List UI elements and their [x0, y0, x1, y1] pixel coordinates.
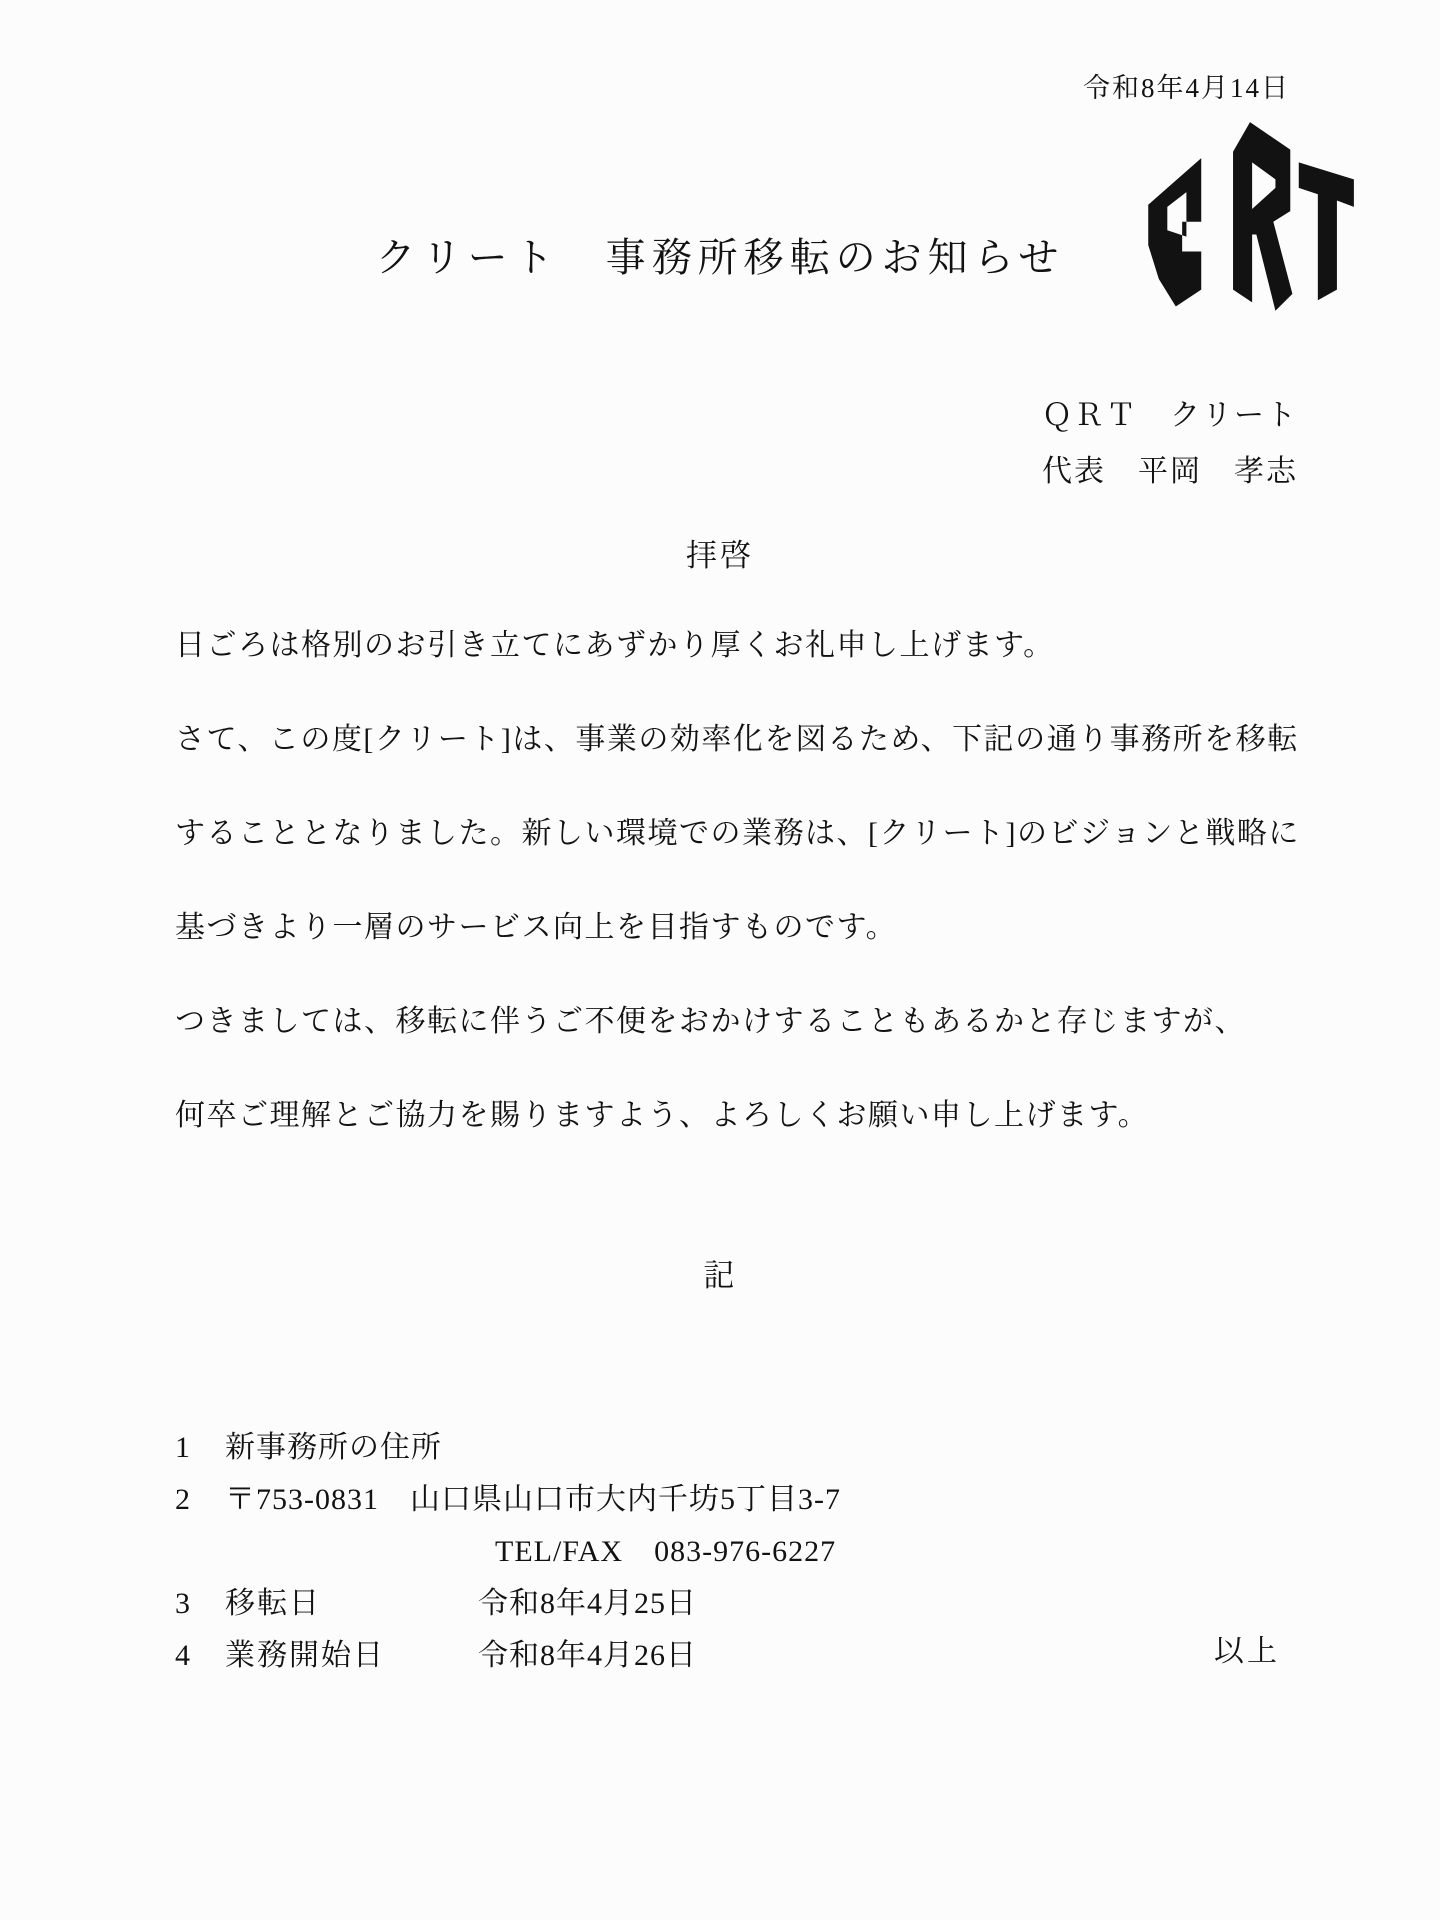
detail-label: 新事務所の住所 [225, 1432, 442, 1463]
body-paragraph: 基づきより一層のサービス向上を目指すものです。 [175, 912, 1320, 944]
page-title: クリート 事務所移転のお知らせ [0, 226, 1440, 283]
body-paragraph: 何卒ご理解とご協力を賜りますよう、よろしくお願い申し上げます。 [175, 1100, 1320, 1132]
detail-number: 3 [175, 1588, 225, 1619]
salutation: 拝啓 [0, 530, 1440, 575]
sender-representative: 代表 平岡 孝志 [1042, 444, 1298, 500]
detail-row-address: 2 〒753-0831 山口県山口市大内千坊5丁目3-7 [175, 1484, 1320, 1515]
relocation-notice-document: 令和8年4月14日 クリート 事務所移転のお知らせ ＱＲＴ クリート 代表 平岡… [0, 0, 1440, 1920]
sender-block: ＱＲＴ クリート 代表 平岡 孝志 [1042, 388, 1298, 500]
detail-number: 1 [175, 1432, 225, 1463]
details-heading: 記 [0, 1250, 1440, 1295]
detail-row-new-address-title: 1 新事務所の住所 [175, 1432, 1320, 1463]
detail-value: 令和8年4月26日 [478, 1640, 697, 1671]
detail-number: 2 [175, 1484, 225, 1515]
sender-company: ＱＲＴ クリート [1042, 388, 1298, 444]
detail-label: 移転日 [225, 1588, 478, 1619]
body-paragraph: さて、この度[クリート]は、事業の効率化を図るため、下記の通り事務所を移転 [175, 724, 1320, 756]
body-paragraph: 日ごろは格別のお引き立てにあずかり厚くお礼申し上げます。 [175, 630, 1320, 662]
letter-body: 日ごろは格別のお引き立てにあずかり厚くお礼申し上げます。 さて、この度[クリート… [175, 630, 1320, 1194]
date-line: 令和8年4月14日 [1083, 66, 1290, 105]
detail-value: 令和8年4月25日 [478, 1588, 697, 1619]
detail-row-business-start-date: 4 業務開始日 令和8年4月26日 [175, 1640, 1320, 1671]
closing-word: 以上 [1214, 1626, 1280, 1670]
telfax-line: TEL/FAX 083-976-6227 [175, 1536, 1320, 1567]
details-list: 1 新事務所の住所 2 〒753-0831 山口県山口市大内千坊5丁目3-7 T… [175, 1432, 1320, 1692]
detail-label: 〒753-0831 山口県山口市大内千坊5丁目3-7 [225, 1484, 841, 1515]
detail-number: 4 [175, 1640, 225, 1671]
detail-row-moving-date: 3 移転日 令和8年4月25日 [175, 1588, 1320, 1619]
body-paragraph: つきましては、移転に伴うご不便をおかけすることもあるかと存じますが、 [175, 1006, 1320, 1038]
body-paragraph: することとなりました。新しい環境での業務は、[クリート]のビジョンと戦略に [175, 818, 1320, 850]
detail-label: 業務開始日 [225, 1640, 478, 1671]
